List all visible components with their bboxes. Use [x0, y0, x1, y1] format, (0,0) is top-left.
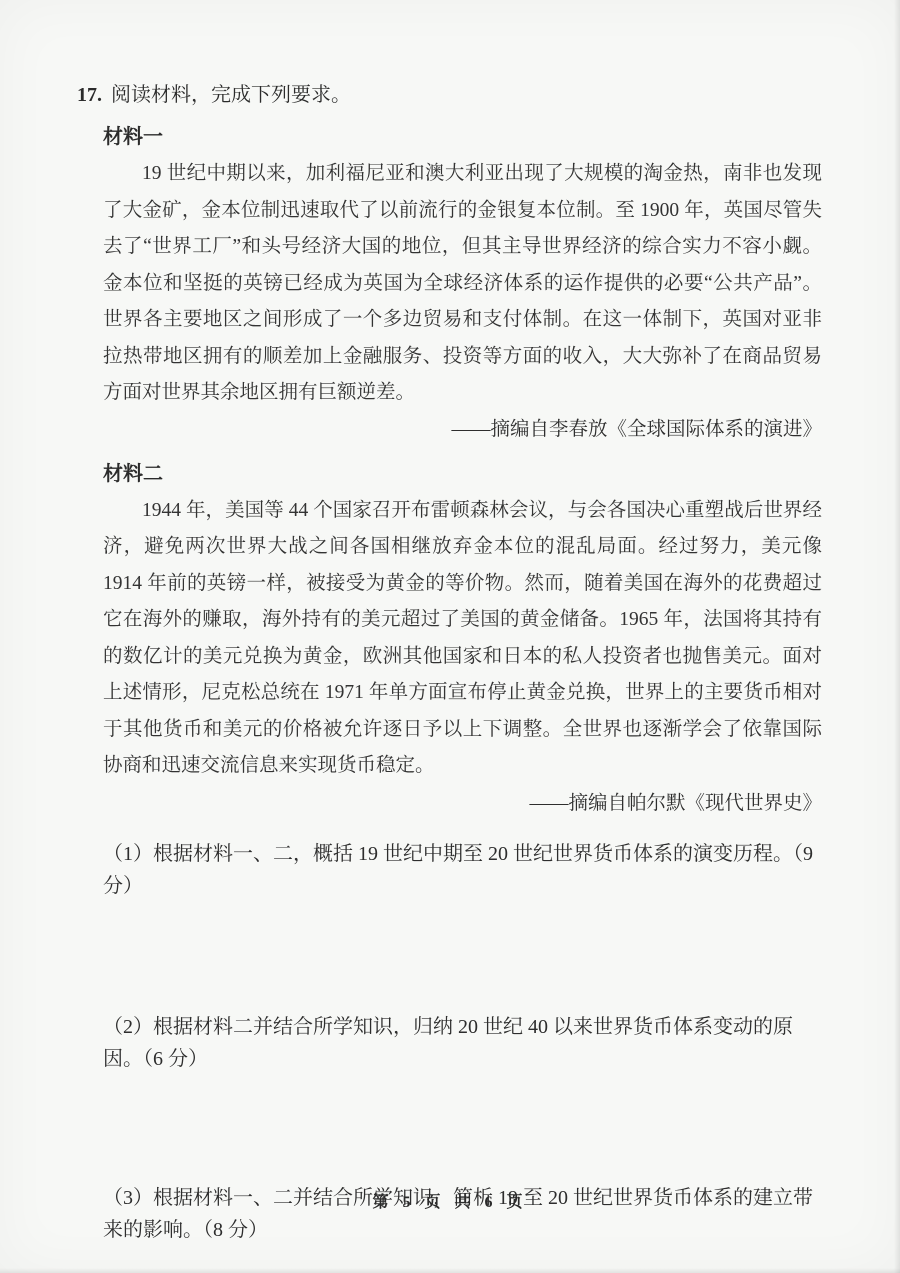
material-one-citation: ——摘编自李春放《全球国际体系的演进》 [103, 413, 822, 447]
material-one-text: 19 世纪中期以来，加利福尼亚和澳大利亚出现了大规模的淘金热，南非也发现了大金矿… [103, 156, 822, 412]
question-intro: 阅读材料，完成下列要求。 [111, 84, 351, 106]
scan-edge-shading-bottom [0, 1268, 900, 1273]
scan-edge-shading-right [894, 0, 900, 1273]
material-two-citation: ——摘编自帕尔默《现代世界史》 [103, 787, 822, 821]
material-one-label: 材料一 [103, 123, 822, 151]
page-number-indicator: 第 5 页 共 6 页 [0, 1189, 900, 1212]
sub-question-2: （2）根据材料二并结合所学知识，归纳 20 世纪 40 以来世界货币体系变动的原… [103, 1011, 822, 1075]
question-number: 17. [77, 84, 111, 106]
exam-page: 17.阅读材料，完成下列要求。 材料一 19 世纪中期以来，加利福尼亚和澳大利亚… [0, 0, 900, 1273]
question-17-header: 17.阅读材料，完成下列要求。 [103, 80, 822, 110]
material-two-text: 1944 年，美国等 44 个国家召开布雷顿森林会议，与会各国决心重塑战后世界经… [103, 493, 822, 785]
material-two-label: 材料二 [103, 460, 822, 488]
sub-question-1: （1）根据材料一、二，概括 19 世纪中期至 20 世纪世界货币体系的演变历程。… [103, 838, 822, 902]
